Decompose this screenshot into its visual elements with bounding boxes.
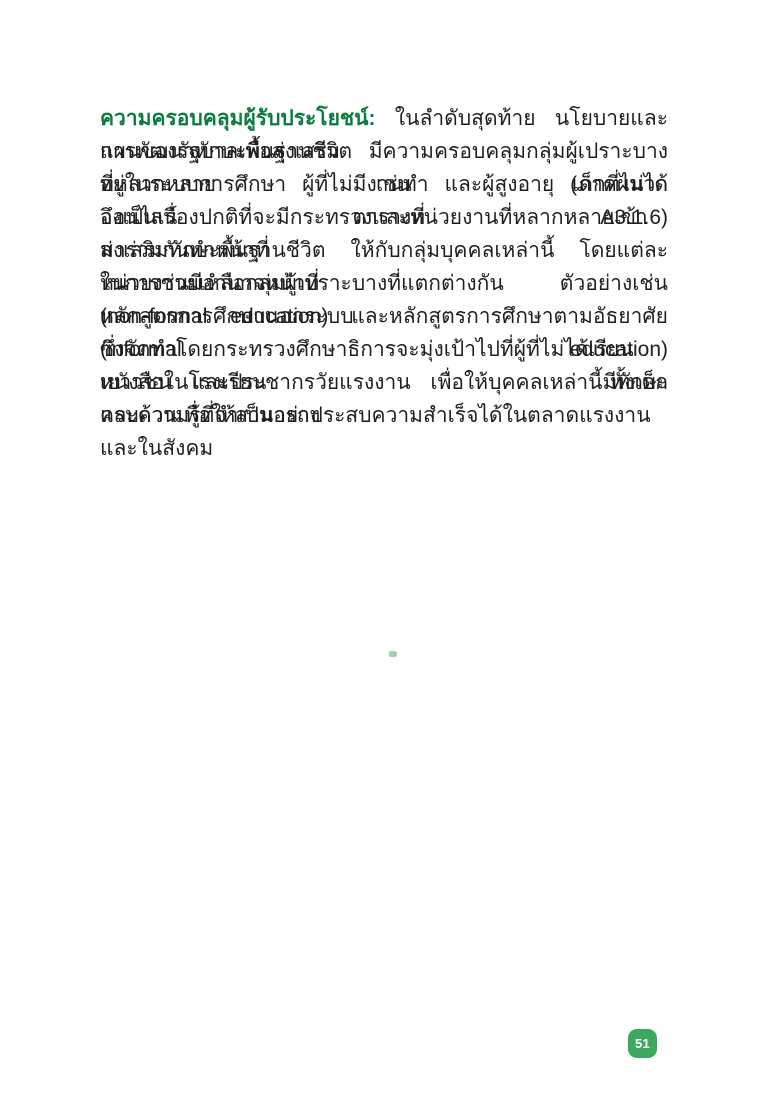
paragraph-heading: ความครอบคลุมผู้รับประโยชน์: (100, 107, 376, 130)
text-line: อยู่ในระบบการศึกษา ผู้ที่ไม่มีงานทำ และผ… (100, 168, 668, 201)
text-line: เยาวชน และประชากรวัยแรงงาน เพื่อให้บุคคล… (100, 366, 668, 399)
text-line: ครบถ้วนเพื่อให้สามารถประสบความสำเร็จได้ใ… (100, 399, 668, 432)
text-line: (non-formal education) และหลักสูตรการศึก… (100, 300, 668, 333)
text-line: ความครอบคลุมผู้รับประโยชน์: ในลำดับสุดท้… (100, 102, 668, 135)
decorative-mark (389, 651, 397, 657)
text-line: ในการช่วยเหลือกลุ่มผู้เปราะบางที่แตกต่าง… (100, 267, 668, 300)
body-paragraph: ความครอบคลุมผู้รับประโยชน์: ในลำดับสุดท้… (100, 102, 668, 432)
page-number: 51 (635, 1036, 650, 1051)
document-page: ความครอบคลุมผู้รับประโยชน์: ในลำดับสุดท้… (0, 0, 765, 1105)
text-line: จึงเป็นเรื่องปกติที่จะมีกระทรวงและหน่วยง… (100, 201, 668, 234)
text-line: ซึ่งจัดทำโดยกระทรวงศึกษาธิการจะมุ่งเป้าไ… (100, 333, 668, 366)
page-number-badge: 51 (628, 1029, 657, 1058)
text-line: การพัฒนาทักษะพื้นฐานชีวิต มีความครอบคลุม… (100, 135, 668, 168)
text-line: ส่งเสริมทักษะพื้นฐานชีวิต ให้กับกลุ่มบุค… (100, 234, 668, 267)
